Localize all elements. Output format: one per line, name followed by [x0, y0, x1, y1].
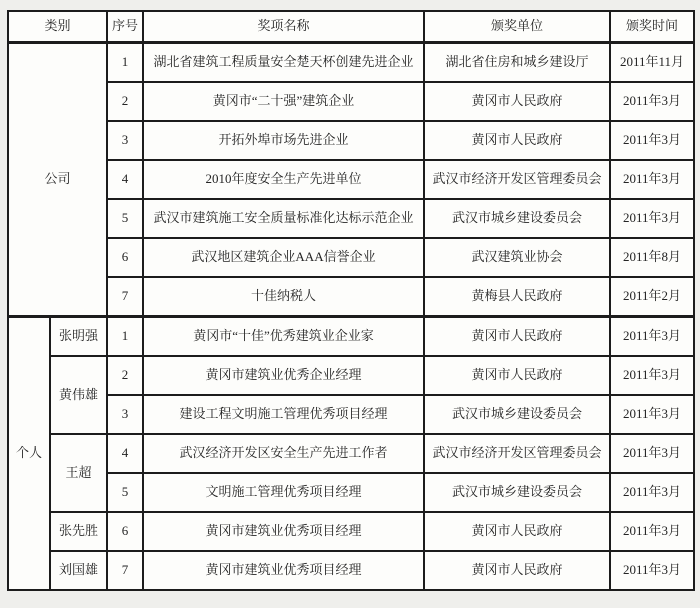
- date-cell: 2011年3月: [610, 160, 694, 199]
- serial-cell: 2: [107, 356, 143, 395]
- header-serial: 序号: [107, 11, 143, 43]
- person-cell: 张先胜: [50, 512, 107, 551]
- page: 类别 序号 奖项名称 颁奖单位 颁奖时间 公司 1 湖北省建筑工程质量安全楚天杯…: [0, 0, 700, 608]
- date-cell: 2011年3月: [610, 317, 694, 357]
- person-cell: 王超: [50, 434, 107, 512]
- issuer-cell: 武汉市经济开发区管理委员会: [424, 434, 610, 473]
- issuer-cell: 黄冈市人民政府: [424, 512, 610, 551]
- award-cell: 湖北省建筑工程质量安全楚天杯创建先进企业: [143, 43, 424, 83]
- award-cell: 黄冈市“十佳”优秀建筑业企业家: [143, 317, 424, 357]
- serial-cell: 1: [107, 317, 143, 357]
- date-cell: 2011年3月: [610, 82, 694, 121]
- date-cell: 2011年3月: [610, 473, 694, 512]
- date-cell: 2011年3月: [610, 199, 694, 238]
- category-cell-individual: 个人: [8, 317, 50, 591]
- issuer-cell: 黄冈市人民政府: [424, 121, 610, 160]
- award-cell: 2010年度安全生产先进单位: [143, 160, 424, 199]
- category-cell-company: 公司: [8, 43, 107, 317]
- person-cell: 黄伟雄: [50, 356, 107, 434]
- issuer-cell: 武汉市城乡建设委员会: [424, 473, 610, 512]
- date-cell: 2011年2月: [610, 277, 694, 317]
- table-row: 3 建设工程文明施工管理优秀项目经理 武汉市城乡建设委员会 2011年3月: [8, 395, 694, 434]
- serial-cell: 4: [107, 160, 143, 199]
- serial-cell: 7: [107, 551, 143, 590]
- issuer-cell: 黄冈市人民政府: [424, 356, 610, 395]
- header-date: 颁奖时间: [610, 11, 694, 43]
- person-cell: 刘国雄: [50, 551, 107, 590]
- award-cell: 黄冈市“二十强”建筑企业: [143, 82, 424, 121]
- table-row: 张先胜 6 黄冈市建筑业优秀项目经理 黄冈市人民政府 2011年3月: [8, 512, 694, 551]
- table-row: 黄伟雄 2 黄冈市建筑业优秀企业经理 黄冈市人民政府 2011年3月: [8, 356, 694, 395]
- award-cell: 黄冈市建筑业优秀项目经理: [143, 551, 424, 590]
- table-row: 3 开拓外埠市场先进企业 黄冈市人民政府 2011年3月: [8, 121, 694, 160]
- serial-cell: 4: [107, 434, 143, 473]
- date-cell: 2011年3月: [610, 512, 694, 551]
- date-cell: 2011年3月: [610, 434, 694, 473]
- issuer-cell: 黄冈市人民政府: [424, 82, 610, 121]
- award-cell: 武汉地区建筑企业AAA信誉企业: [143, 238, 424, 277]
- serial-cell: 3: [107, 395, 143, 434]
- serial-cell: 7: [107, 277, 143, 317]
- issuer-cell: 武汉市城乡建设委员会: [424, 199, 610, 238]
- header-issuer: 颁奖单位: [424, 11, 610, 43]
- issuer-cell: 黄冈市人民政府: [424, 551, 610, 590]
- issuer-cell: 黄冈市人民政府: [424, 317, 610, 357]
- award-cell: 十佳纳税人: [143, 277, 424, 317]
- award-cell: 武汉经济开发区安全生产先进工作者: [143, 434, 424, 473]
- person-cell: 张明强: [50, 317, 107, 357]
- table-row: 刘国雄 7 黄冈市建筑业优秀项目经理 黄冈市人民政府 2011年3月: [8, 551, 694, 590]
- header-award-name: 奖项名称: [143, 11, 424, 43]
- date-cell: 2011年11月: [610, 43, 694, 83]
- table-row: 5 文明施工管理优秀项目经理 武汉市城乡建设委员会 2011年3月: [8, 473, 694, 512]
- serial-cell: 2: [107, 82, 143, 121]
- table-row: 7 十佳纳税人 黄梅县人民政府 2011年2月: [8, 277, 694, 317]
- issuer-cell: 湖北省住房和城乡建设厅: [424, 43, 610, 83]
- issuer-cell: 武汉市城乡建设委员会: [424, 395, 610, 434]
- award-cell: 黄冈市建筑业优秀项目经理: [143, 512, 424, 551]
- issuer-cell: 武汉建筑业协会: [424, 238, 610, 277]
- issuer-cell: 黄梅县人民政府: [424, 277, 610, 317]
- serial-cell: 6: [107, 512, 143, 551]
- date-cell: 2011年3月: [610, 395, 694, 434]
- award-cell: 黄冈市建筑业优秀企业经理: [143, 356, 424, 395]
- header-category: 类别: [8, 11, 107, 43]
- serial-cell: 3: [107, 121, 143, 160]
- table-row: 2 黄冈市“二十强”建筑企业 黄冈市人民政府 2011年3月: [8, 82, 694, 121]
- date-cell: 2011年3月: [610, 121, 694, 160]
- header-row: 类别 序号 奖项名称 颁奖单位 颁奖时间: [8, 11, 694, 43]
- date-cell: 2011年3月: [610, 551, 694, 590]
- award-cell: 开拓外埠市场先进企业: [143, 121, 424, 160]
- table-row: 5 武汉市建筑施工安全质量标准化达标示范企业 武汉市城乡建设委员会 2011年3…: [8, 199, 694, 238]
- serial-cell: 5: [107, 199, 143, 238]
- date-cell: 2011年3月: [610, 356, 694, 395]
- table-row: 4 2010年度安全生产先进单位 武汉市经济开发区管理委员会 2011年3月: [8, 160, 694, 199]
- award-cell: 武汉市建筑施工安全质量标准化达标示范企业: [143, 199, 424, 238]
- serial-cell: 5: [107, 473, 143, 512]
- award-cell: 文明施工管理优秀项目经理: [143, 473, 424, 512]
- award-cell: 建设工程文明施工管理优秀项目经理: [143, 395, 424, 434]
- table-row: 6 武汉地区建筑企业AAA信誉企业 武汉建筑业协会 2011年8月: [8, 238, 694, 277]
- awards-table: 类别 序号 奖项名称 颁奖单位 颁奖时间 公司 1 湖北省建筑工程质量安全楚天杯…: [7, 10, 695, 591]
- issuer-cell: 武汉市经济开发区管理委员会: [424, 160, 610, 199]
- table-row: 个人 张明强 1 黄冈市“十佳”优秀建筑业企业家 黄冈市人民政府 2011年3月: [8, 317, 694, 357]
- date-cell: 2011年8月: [610, 238, 694, 277]
- table-row: 王超 4 武汉经济开发区安全生产先进工作者 武汉市经济开发区管理委员会 2011…: [8, 434, 694, 473]
- serial-cell: 1: [107, 43, 143, 83]
- serial-cell: 6: [107, 238, 143, 277]
- table-row: 公司 1 湖北省建筑工程质量安全楚天杯创建先进企业 湖北省住房和城乡建设厅 20…: [8, 43, 694, 83]
